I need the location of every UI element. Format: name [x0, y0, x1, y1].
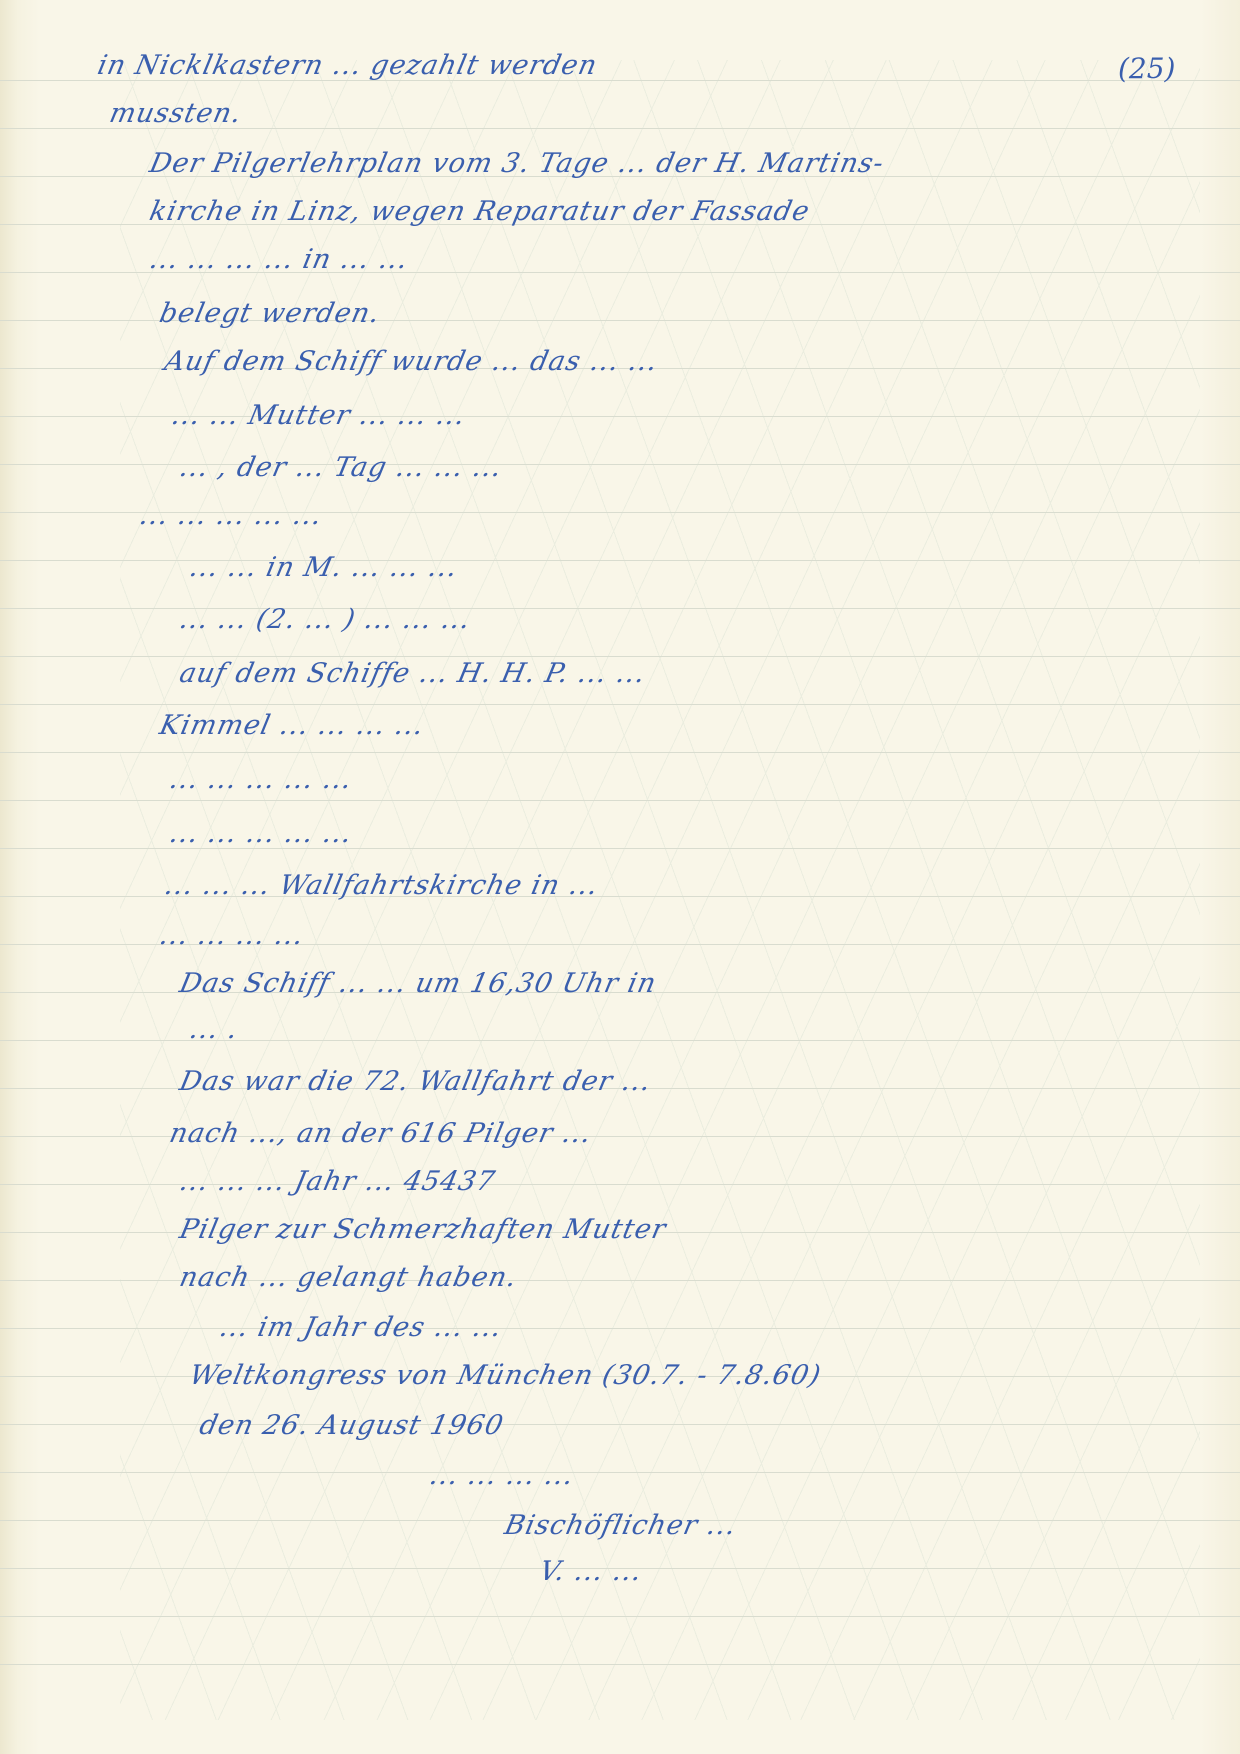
handwritten-line: ... im Jahr des ... ... — [217, 1312, 505, 1343]
handwritten-line: Pilger zur Schmerzhaften Mutter — [177, 1214, 670, 1245]
handwritten-line: ... ... Mutter ... ... ... — [169, 400, 469, 431]
handwritten-line: ... ... ... ... ... — [137, 500, 326, 531]
ruled-line — [0, 1040, 1240, 1041]
handwritten-line: Der Pilgerlehrplan vom 3. Tage ... der H… — [147, 148, 887, 179]
handwritten-line: belegt werden. — [157, 298, 383, 329]
handwritten-line: ... ... ... Jahr ... 45437 — [177, 1166, 499, 1197]
handwritten-line: Das war die 72. Wallfahrt der ... — [177, 1066, 655, 1097]
handwritten-line: ... ... ... Wallfahrtskirche in ... — [162, 870, 602, 901]
ruled-line — [0, 1328, 1240, 1329]
page-number: (25) — [1118, 52, 1175, 85]
handwritten-line: kirche in Linz, wegen Reparatur der Fass… — [147, 196, 813, 227]
handwritten-line: nach ..., an der 616 Pilger ... — [167, 1118, 595, 1149]
handwritten-line: ... ... ... ... in ... ... — [147, 244, 412, 275]
handwritten-line: in Nicklkastern ... gezahlt werden — [95, 50, 601, 81]
ruled-line — [0, 560, 1240, 561]
handwritten-line: Auf dem Schiff wurde ... das ... ... — [162, 346, 661, 377]
notebook-page: (25) in Nicklkastern ... gezahlt werden … — [0, 0, 1240, 1754]
signature-role: V. ... ... — [537, 1556, 646, 1587]
handwritten-line: ... ... (2. ... ) ... ... ... — [177, 604, 474, 635]
signature-line: ... ... ... ... — [427, 1460, 577, 1491]
handwritten-line: nach ... gelangt haben. — [177, 1262, 520, 1293]
ruled-line — [0, 1664, 1240, 1665]
ruled-line — [0, 656, 1240, 657]
handwritten-line: auf dem Schiffe ... H. H. P. ... ... — [177, 658, 649, 689]
handwritten-line: ... ... in M. ... ... ... — [187, 552, 461, 583]
handwritten-line: ... , der ... Tag ... ... ... — [177, 452, 505, 483]
handwritten-line: Weltkongress von München (30.7. - 7.8.60… — [187, 1360, 824, 1391]
ruled-line — [0, 1424, 1240, 1425]
ruled-line — [0, 752, 1240, 753]
handwritten-line: Das Schiff ... ... um 16,30 Uhr in — [177, 968, 660, 999]
handwritten-line: ... ... ... ... ... — [167, 764, 356, 795]
date-line: den 26. August 1960 — [197, 1410, 507, 1441]
ruled-line — [0, 1616, 1240, 1617]
ruled-line — [0, 704, 1240, 705]
handwritten-line: mussten. — [107, 98, 245, 129]
handwritten-line: ... . — [187, 1014, 242, 1045]
handwritten-line: ... ... ... ... ... — [167, 818, 356, 849]
handwritten-line: ... ... ... ... — [157, 920, 307, 951]
ruled-line — [0, 1472, 1240, 1473]
handwritten-line: Kimmel ... ... ... ... — [157, 710, 428, 741]
signature-title: Bischöflicher ... — [502, 1510, 740, 1541]
ruled-line — [0, 800, 1240, 801]
